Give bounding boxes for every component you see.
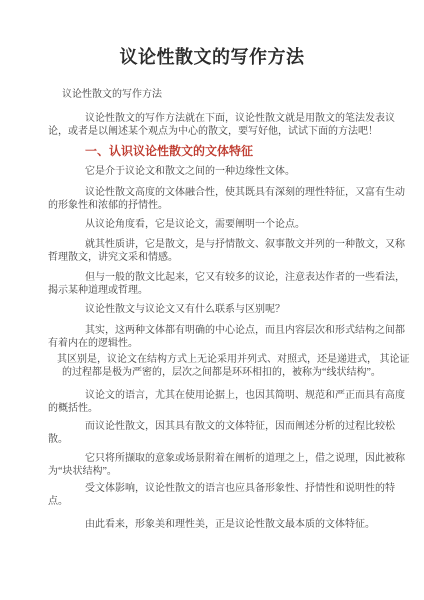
text-line: 但与一般的散文比起来，它又有较多的议论，注意表达作者的一些看法， (85, 271, 424, 284)
text-line: 它只将所撷取的意象或场景附着在阐析的道理之上，借之说理，因此被称 (85, 452, 424, 465)
paragraph: 而议论性散文，因其具有散文的文体特征，因而阐述分析的过程比较松散。 (0, 420, 424, 446)
text-line: 的概括性。 (48, 402, 424, 415)
document-subtitle: 议论性散文的写作方法 (62, 88, 424, 101)
text-line: 从议论角度看，它是议论文，需要阐明一个论点。 (85, 218, 424, 231)
paragraph: 从议论角度看，它是议论文，需要阐明一个论点。 (0, 218, 424, 231)
paragraph: 它是介于议论文和散文之间的一种边缘性文体。 (0, 165, 424, 178)
text-line: 哲理散文，讲究文采和情感。 (48, 251, 424, 264)
text-line: 其实，这两种文体都有明确的中心论点，而且内容层次和形式结构之间都 (85, 324, 424, 337)
text-line: 散。 (48, 433, 424, 446)
paragraph: 其实，这两种文体都有明确的中心论点，而且内容层次和形式结构之间都有着内在的逻辑性… (0, 324, 424, 350)
paragraph: 议论文的语言，尤其在使用论据上，也因其简明、规范和严正而具有高度的概括性。 (0, 389, 424, 415)
section-heading: 一、认识议论性散文的文体特征 (0, 145, 424, 158)
text-line: 受文体影响，议论性散文的语言也应具备形象性、抒情性和说明性的特 (85, 482, 424, 495)
text-line: 点。 (48, 495, 424, 508)
text-line: 议论性散文高度的文体融合性，使其既具有深刻的理性特征，又富有生动 (85, 186, 424, 199)
paragraph: 就其性质讲，它是散文，是与抒情散文、叙事散文并列的一种散文，又称哲理散文，讲究文… (0, 238, 424, 264)
paragraph: 其区别是，议论文在结构方式上无论采用并列式、对照式，还是递进式， 其论证的过程都… (0, 353, 424, 379)
text-line: 的过程都是极为严密的，层次之间都是环环相扣的，被称为“线状结构”。 (62, 366, 424, 379)
paragraph: 议论性散文的写作方法就在下面，议论性散文就是用散文的笔法发表议论，或者是以阐述某… (0, 112, 424, 138)
paragraph: 受文体影响，议论性散文的语言也应具备形象性、抒情性和说明性的特点。 (0, 482, 424, 508)
text-line: 有着内在的逻辑性。 (48, 337, 424, 350)
text-line: 议论文的语言，尤其在使用论据上，也因其简明、规范和严正而具有高度 (85, 389, 424, 402)
paragraph: 它只将所撷取的意象或场景附着在阐析的道理之上，借之说理，因此被称为“块状结构”。 (0, 452, 424, 478)
text-line: 议论性散文与议论文又有什么联系与区别呢？ (85, 303, 424, 316)
text-line: 由此看来，形象美和理性美，正是议论性散文最本质的文体特征。 (85, 518, 424, 531)
document-page: 议论性散文的写作方法 议论性散文的写作方法 议论性散文的写作方法就在下面，议论性… (0, 0, 424, 600)
text-line: 的形象性和浓郁的抒情性。 (48, 199, 424, 212)
text-line: 议论性散文的写作方法就在下面，议论性散文就是用散文的笔法发表议 (85, 112, 424, 125)
paragraph: 由此看来，形象美和理性美，正是议论性散文最本质的文体特征。 (0, 518, 424, 531)
paragraph: 议论性散文与议论文又有什么联系与区别呢？ (0, 303, 424, 316)
text-line: 揭示某种道理或哲理。 (48, 284, 424, 297)
document-title: 议论性散文的写作方法 (0, 0, 424, 68)
paragraph: 议论性散文高度的文体融合性，使其既具有深刻的理性特征，又富有生动的形象性和浓郁的… (0, 186, 424, 212)
text-line: 而议论性散文，因其具有散文的文体特征，因而阐述分析的过程比较松 (85, 420, 424, 433)
text-line: 就其性质讲，它是散文，是与抒情散文、叙事散文并列的一种散文，又称 (85, 238, 424, 251)
text-line: 论，或者是以阐述某个观点为中心的散文，要写好他，试试下面的方法吧！ (48, 125, 424, 138)
text-line: 它是介于议论文和散文之间的一种边缘性文体。 (85, 165, 424, 178)
text-line: 为“块状结构”。 (48, 465, 424, 478)
text-line: 一、认识议论性散文的文体特征 (85, 145, 424, 158)
paragraph: 但与一般的散文比起来，它又有较多的议论，注意表达作者的一些看法，揭示某种道理或哲… (0, 271, 424, 297)
document-body: 议论性散文的写作方法就在下面，议论性散文就是用散文的笔法发表议论，或者是以阐述某… (0, 112, 424, 531)
text-line: 其区别是，议论文在结构方式上无论采用并列式、对照式，还是递进式， 其论证 (57, 353, 424, 366)
